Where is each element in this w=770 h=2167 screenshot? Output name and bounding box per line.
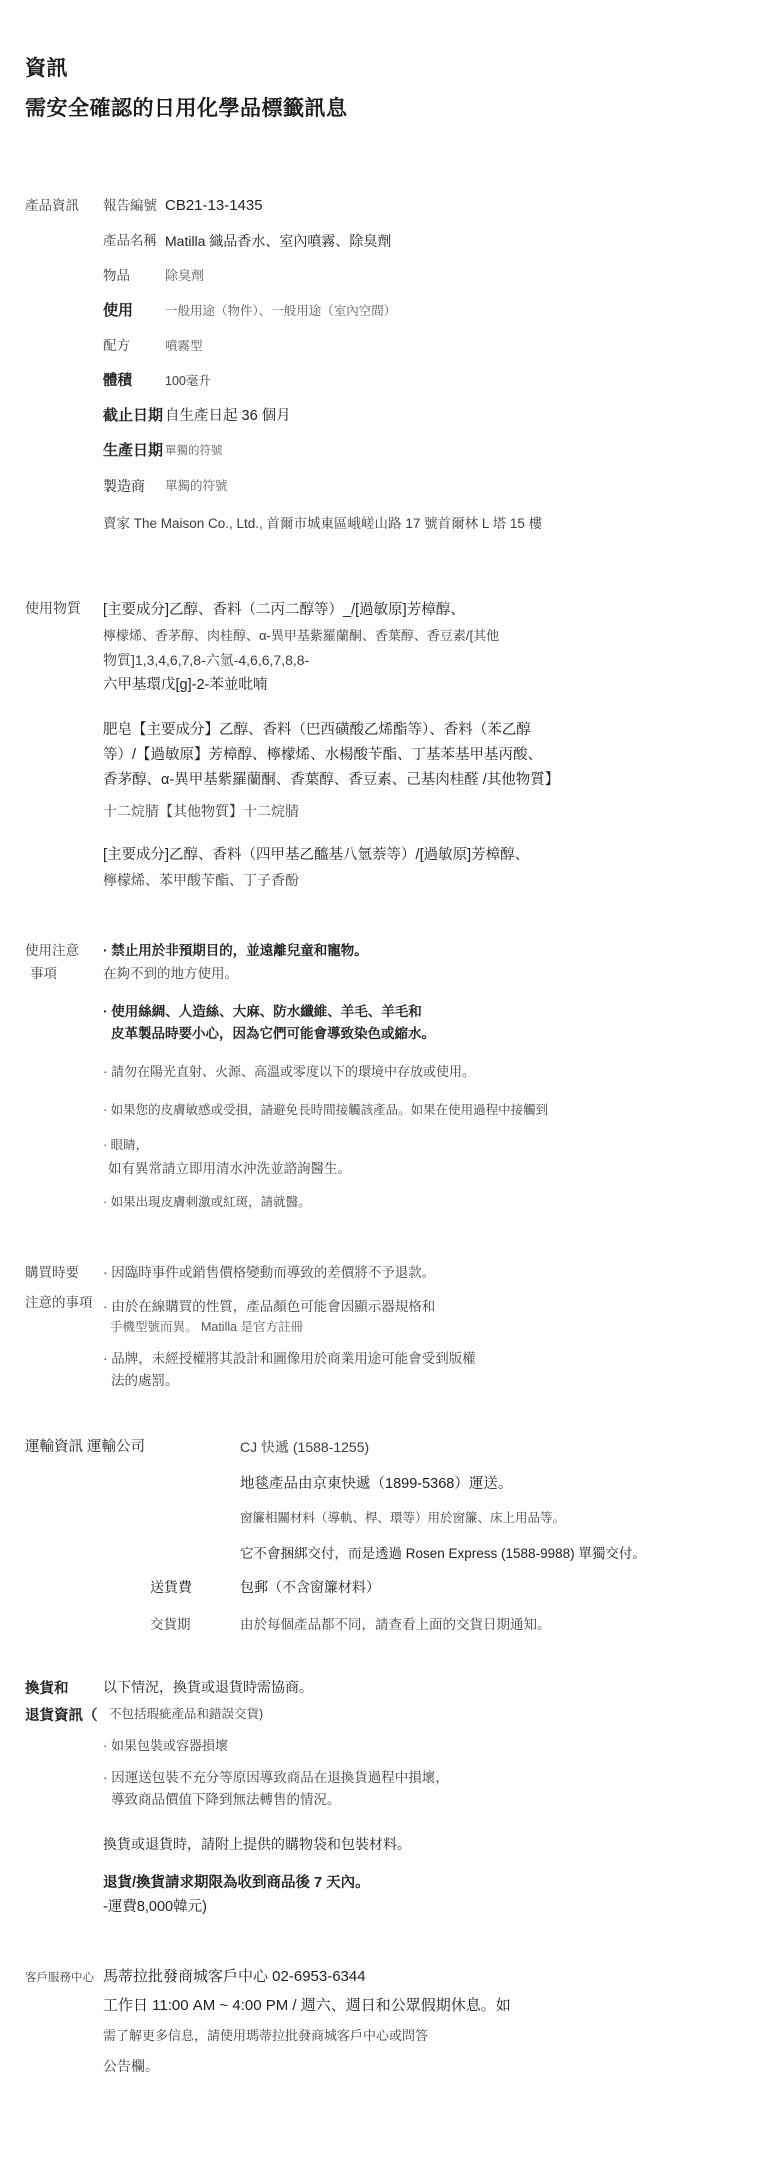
section-substances: 使用物質 [主要成分]乙醇、香料（二丙二醇等）_/[過敏原]芳樟醇、 檸檬烯、香… <box>25 598 742 893</box>
section-purchase-notes: 購買時要 注意的事項 · 因臨時事件或銷售價格變動而導致的差價將不予退款。 · … <box>25 1262 742 1392</box>
substances-para1-line2: 檸檬烯、香茅醇、肉桂醇、α-異甲基紫羅蘭酮、香葉醇、香豆素/[其他 <box>103 623 742 648</box>
formula-label: 配方 <box>103 336 165 356</box>
report-no-value: CB21-13-1435 <box>165 196 742 216</box>
customer-service-section-label: 客戶服務中心 <box>25 1965 103 1985</box>
section-usage-cautions: 使用注意 事項 · 禁止用於非預期目的，並遠離兒童和寵物。 在夠不到的地方使用。… <box>25 939 742 1212</box>
exchange-deadline-block: 退貨/換貨請求期限為收到商品後 7 天內。 -運費8,000韓元) <box>103 1871 742 1919</box>
usage-cautions-label-line1: 使用注意 <box>25 939 103 962</box>
shipping-row-separate: 它不會捆綁交付，而是透過 Rosen Express (1588-9988) 單… <box>25 1543 742 1564</box>
exchange-packaging-note: 換貨或退貨時，請附上提供的購物袋和包裝材料。 <box>103 1833 742 1855</box>
caution-item-5-line1: · 眼睛， <box>103 1132 742 1158</box>
substances-para1-line3: 物質]1,3,4,6,7,8-六氫-4,6,6,7,8,8- <box>103 648 742 673</box>
substances-para1-line1: [主要成分]乙醇、香料（二丙二醇等）_/[過敏原]芳樟醇、 <box>103 598 742 623</box>
section-shipping: 運輸資訊 運輸公司 CJ 快遞 (1588-1255) 地毯產品由京東快遞（18… <box>25 1436 742 1636</box>
substances-para2: 肥皂【主要成分】乙醇、香料（巴西磺酸乙烯酯等）、香料（苯乙醇 等）/【過敏原】芳… <box>103 718 742 793</box>
expiry-label: 截止日期 <box>103 406 165 426</box>
usage-cautions-content: · 禁止用於非預期目的，並遠離兒童和寵物。 在夠不到的地方使用。 · 使用絲綢、… <box>103 939 742 1212</box>
exchange-return-label-line1: 換貨和 <box>25 1676 103 1703</box>
shipping-fee-label: 送貨費 <box>150 1576 240 1598</box>
production-date-value: 單獨的符號 <box>165 441 742 461</box>
substances-para3: [主要成分]乙醇、香料（四甲基乙醯基八氫萘等）/[過敏原]芳樟醇、 檸檬烯、苯甲… <box>103 843 742 893</box>
caution-item-2: · 使用絲綢、人造絲、大麻、防水纖維、羊毛、羊毛和 皮革製品時要小心，因為它們可… <box>103 1001 742 1045</box>
product-row-name: 產品名稱 Matilla 織品香水、室內噴霧、除臭劑 <box>25 231 742 251</box>
page-title-line2: 需安全確認的日用化學品標籤訊息 <box>25 96 742 122</box>
shipping-row-carpet: 地毯產品由京東快遞（1899-5368）運送。 <box>25 1473 742 1495</box>
substances-section-label: 使用物質 <box>25 598 103 618</box>
purchase-notes-content: · 因臨時事件或銷售價格變動而導致的差價將不予退款。 · 由於在線購買的性質，產… <box>103 1262 742 1392</box>
purchase-note-2-line1: · 由於在線購買的性質，產品顏色可能會因顯示器規格和 <box>103 1296 742 1317</box>
caution-item-3: · 請勿在陽光直射、火源、高溫或零度以下的環境中存放或使用。 <box>103 1061 742 1083</box>
product-name-value: Matilla 織品香水、室內噴霧、除臭劑 <box>165 231 742 251</box>
caution-item-5: · 眼睛， 如有異常請立即用清水沖洗並諮詢醫生。 <box>103 1132 742 1180</box>
section-exchange-return: 換貨和 退貨資訊（ 以下情況，換貨或退貨時需協商。 不包括瑕疵產品和錯誤交貨) … <box>25 1676 742 1919</box>
report-no-label: 報告編號 <box>103 196 165 216</box>
shipping-section-label: 運輸資訊 運輸公司 <box>25 1436 240 1458</box>
shipping-separate-note: 它不會捆綁交付，而是透過 Rosen Express (1588-9988) 單… <box>240 1543 742 1564</box>
page-title-line1: 資訊 <box>25 56 742 82</box>
customer-service-content: 馬蒂拉批發商城客戶中心 02-6953-6344 工作日 11:00 AM ~ … <box>103 1965 742 2077</box>
customer-service-line3: 需了解更多信息，請使用瑪蒂拉批發商城客戶中心或問答 <box>103 2025 742 2047</box>
page-header: 資訊 需安全確認的日用化學品標籤訊息 <box>25 56 742 122</box>
product-detail-info-page: 資訊 需安全確認的日用化學品標籤訊息 產品資訊 報告編號 CB21-13-143… <box>0 0 770 2167</box>
manufacturer-value: 單獨的符號 <box>165 476 742 496</box>
seller-info: 賣家 The Maison Co., Ltd., 首爾市城東區峨嵯山路 17 號… <box>103 514 742 534</box>
customer-service-line4: 公告欄。 <box>103 2055 742 2077</box>
formula-value: 噴霧型 <box>165 336 742 356</box>
purchase-note-3: · 品牌，未經授權將其設計和圖像用於商業用途可能會受到版權 法的處罰。 <box>103 1348 742 1392</box>
product-row-formula: 配方 噴霧型 <box>25 336 742 356</box>
customer-service-line2: 工作日 11:00 AM ~ 4:00 PM / 週六、週日和公眾假期休息。如 <box>103 1994 742 2018</box>
shipping-row-period: 交貨期 由於每個產品都不同，請查看上面的交貨日期通知。 <box>25 1614 742 1636</box>
exchange-item-1: · 如果包裝或容器損壞 <box>103 1736 742 1756</box>
shipping-curtain-note: 窗簾相關材料（導軌、桿、環等）用於窗簾、床上用品等。 <box>240 1508 742 1528</box>
product-row-report-no: 產品資訊 報告編號 CB21-13-1435 <box>25 196 742 216</box>
shipping-carrier: CJ 快遞 (1588-1255) <box>240 1436 742 1458</box>
caution-item-6: · 如果出現皮膚刺激或紅斑，請就醫。 <box>103 1192 742 1212</box>
purchase-notes-label-line2: 注意的事項 <box>25 1292 103 1314</box>
product-info-section-label: 產品資訊 <box>25 196 103 216</box>
volume-value: 100毫升 <box>165 371 742 391</box>
customer-service-line1: 馬蒂拉批發商城客戶中心 02-6953-6344 <box>103 1965 742 1989</box>
product-row-volume: 體積 100毫升 <box>25 371 742 391</box>
section-customer-service: 客戶服務中心 馬蒂拉批發商城客戶中心 02-6953-6344 工作日 11:0… <box>25 1965 742 2077</box>
product-row-item: 物品 除臭劑 <box>25 266 742 286</box>
purchase-note-2-line2: 手機型號而異。 Matilla 是官方註冊 <box>103 1317 742 1338</box>
shipping-fee-value: 包郵（不含窗簾材料） <box>240 1576 742 1598</box>
caution-item-1-line1: · 禁止用於非預期目的，並遠離兒童和寵物。 <box>103 939 742 962</box>
shipping-row-fee: 送貨費 包郵（不含窗簾材料） <box>25 1576 742 1598</box>
product-row-production-date: 生產日期 單獨的符號 <box>25 441 742 461</box>
product-row-seller: 賣家 The Maison Co., Ltd., 首爾市城東區峨嵯山路 17 號… <box>25 514 742 534</box>
substances-para2b: 十二烷腈【其他物質】十二烷腈 <box>103 801 742 821</box>
product-name-label: 產品名稱 <box>103 231 165 251</box>
purchase-notes-section-label: 購買時要 注意的事項 <box>25 1262 103 1314</box>
shipping-period-label: 交貨期 <box>150 1614 240 1636</box>
exchange-intro: 以下情況，換貨或退貨時需協商。 <box>103 1676 742 1698</box>
shipping-carpet-note: 地毯產品由京東快遞（1899-5368）運送。 <box>240 1473 742 1495</box>
purchase-notes-label-line1: 購買時要 <box>25 1262 103 1284</box>
caution-item-1-line2: 在夠不到的地方使用。 <box>103 962 742 985</box>
shipping-period-value: 由於每個產品都不同，請查看上面的交貨日期通知。 <box>240 1614 742 1636</box>
caution-item-1: · 禁止用於非預期目的，並遠離兒童和寵物。 在夠不到的地方使用。 <box>103 939 742 985</box>
substances-para3-line1: [主要成分]乙醇、香料（四甲基乙醯基八氫萘等）/[過敏原]芳樟醇、 <box>103 843 742 868</box>
use-value: 一般用途（物件）、一般用途（室內空間） <box>165 301 742 321</box>
shipping-row-curtain: 窗簾相關材料（導軌、桿、環等）用於窗簾、床上用品等。 <box>25 1508 742 1528</box>
product-row-use: 使用 一般用途（物件）、一般用途（室內空間） <box>25 301 742 321</box>
volume-label: 體積 <box>103 371 165 391</box>
item-label: 物品 <box>103 266 165 286</box>
product-row-manufacturer: 製造商 單獨的符號 <box>25 476 742 496</box>
exchange-return-label-line2: 退貨資訊（ <box>25 1703 103 1730</box>
use-label: 使用 <box>103 301 165 321</box>
exchange-deadline: 退貨/換貨請求期限為收到商品後 7 天內。 <box>103 1871 742 1895</box>
product-row-expiry: 截止日期 自生產日起 36 個月 <box>25 406 742 426</box>
exchange-return-fee: -運費8,000韓元) <box>103 1895 742 1919</box>
substances-content: [主要成分]乙醇、香料（二丙二醇等）_/[過敏原]芳樟醇、 檸檬烯、香茅醇、肉桂… <box>103 598 742 893</box>
usage-cautions-section-label: 使用注意 事項 <box>25 939 103 985</box>
exchange-item-2: · 因運送包裝不充分等原因導致商品在退換貨過程中損壞， 導致商品價值下降到無法轉… <box>103 1767 742 1811</box>
caution-item-4: · 如果您的皮膚敏感或受損，請避免長時間接觸該產品。如果在使用過程中接觸到 <box>103 1100 742 1120</box>
production-date-label: 生產日期 <box>103 441 165 461</box>
usage-cautions-label-line2: 事項 <box>25 962 103 985</box>
purchase-note-2: · 由於在線購買的性質，產品顏色可能會因顯示器規格和 手機型號而異。 Matil… <box>103 1296 742 1338</box>
caution-item-5-line2: 如有異常請立即用清水沖洗並諮詢醫生。 <box>103 1158 742 1180</box>
purchase-note-1: · 因臨時事件或銷售價格變動而導致的差價將不予退款。 <box>103 1262 742 1284</box>
shipping-row-carrier: 運輸資訊 運輸公司 CJ 快遞 (1588-1255) <box>25 1436 742 1458</box>
exchange-return-section-label: 換貨和 退貨資訊（ <box>25 1676 103 1730</box>
exchange-return-content: 以下情況，換貨或退貨時需協商。 不包括瑕疵產品和錯誤交貨) · 如果包裝或容器損… <box>103 1676 742 1919</box>
manufacturer-label: 製造商 <box>103 476 165 496</box>
exchange-intro-note: 不包括瑕疵產品和錯誤交貨) <box>103 1704 742 1724</box>
substances-para1-line4: 六甲基環戊[g]-2-苯並吡喃 <box>103 673 742 698</box>
section-product-info: 產品資訊 報告編號 CB21-13-1435 產品名稱 Matilla 織品香水… <box>25 196 742 534</box>
item-value: 除臭劑 <box>165 266 742 286</box>
expiry-value: 自生產日起 36 個月 <box>165 406 742 426</box>
substances-para3-line2: 檸檬烯、苯甲酸苄酯、丁子香酚 <box>103 868 742 893</box>
